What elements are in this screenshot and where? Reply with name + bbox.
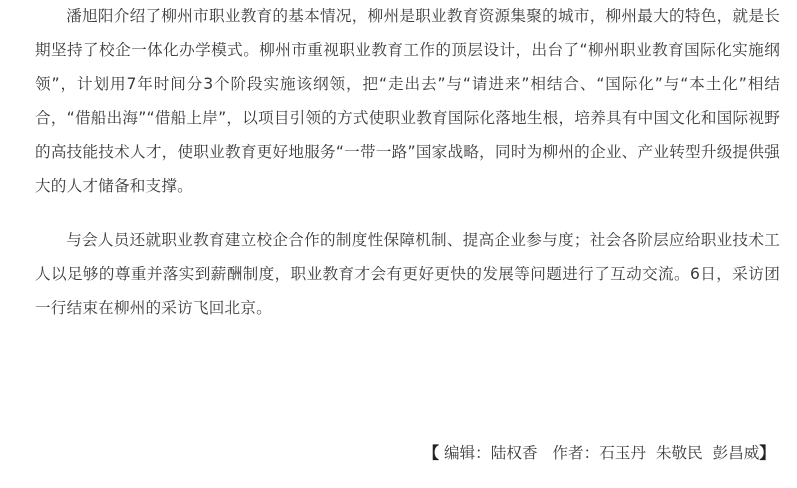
article-body: 潘旭阳介绍了柳州市职业教育的基本情况，柳州是职业教育资源集聚的城市，柳州最大的特… xyxy=(35,0,780,325)
editor-label: 编辑： xyxy=(444,444,491,462)
close-bracket: 】 xyxy=(759,444,775,462)
paragraph-introduction: 潘旭阳介绍了柳州市职业教育的基本情况，柳州是职业教育资源集聚的城市，柳州最大的特… xyxy=(35,0,780,203)
byline: 【 编辑：陆权香 作者：石玉丹 朱敬民 彭昌威】 xyxy=(423,441,775,463)
paragraph-discussion: 与会人员还就职业教育建立校企合作的制度性保障机制、提高企业参与度；社会各阶层应给… xyxy=(35,223,780,325)
author-names: 石玉丹 朱敬民 彭昌威 xyxy=(599,444,759,462)
editor-name: 陆权香 xyxy=(491,444,538,462)
author-label: 作者： xyxy=(552,444,599,462)
open-bracket: 【 xyxy=(423,444,439,462)
